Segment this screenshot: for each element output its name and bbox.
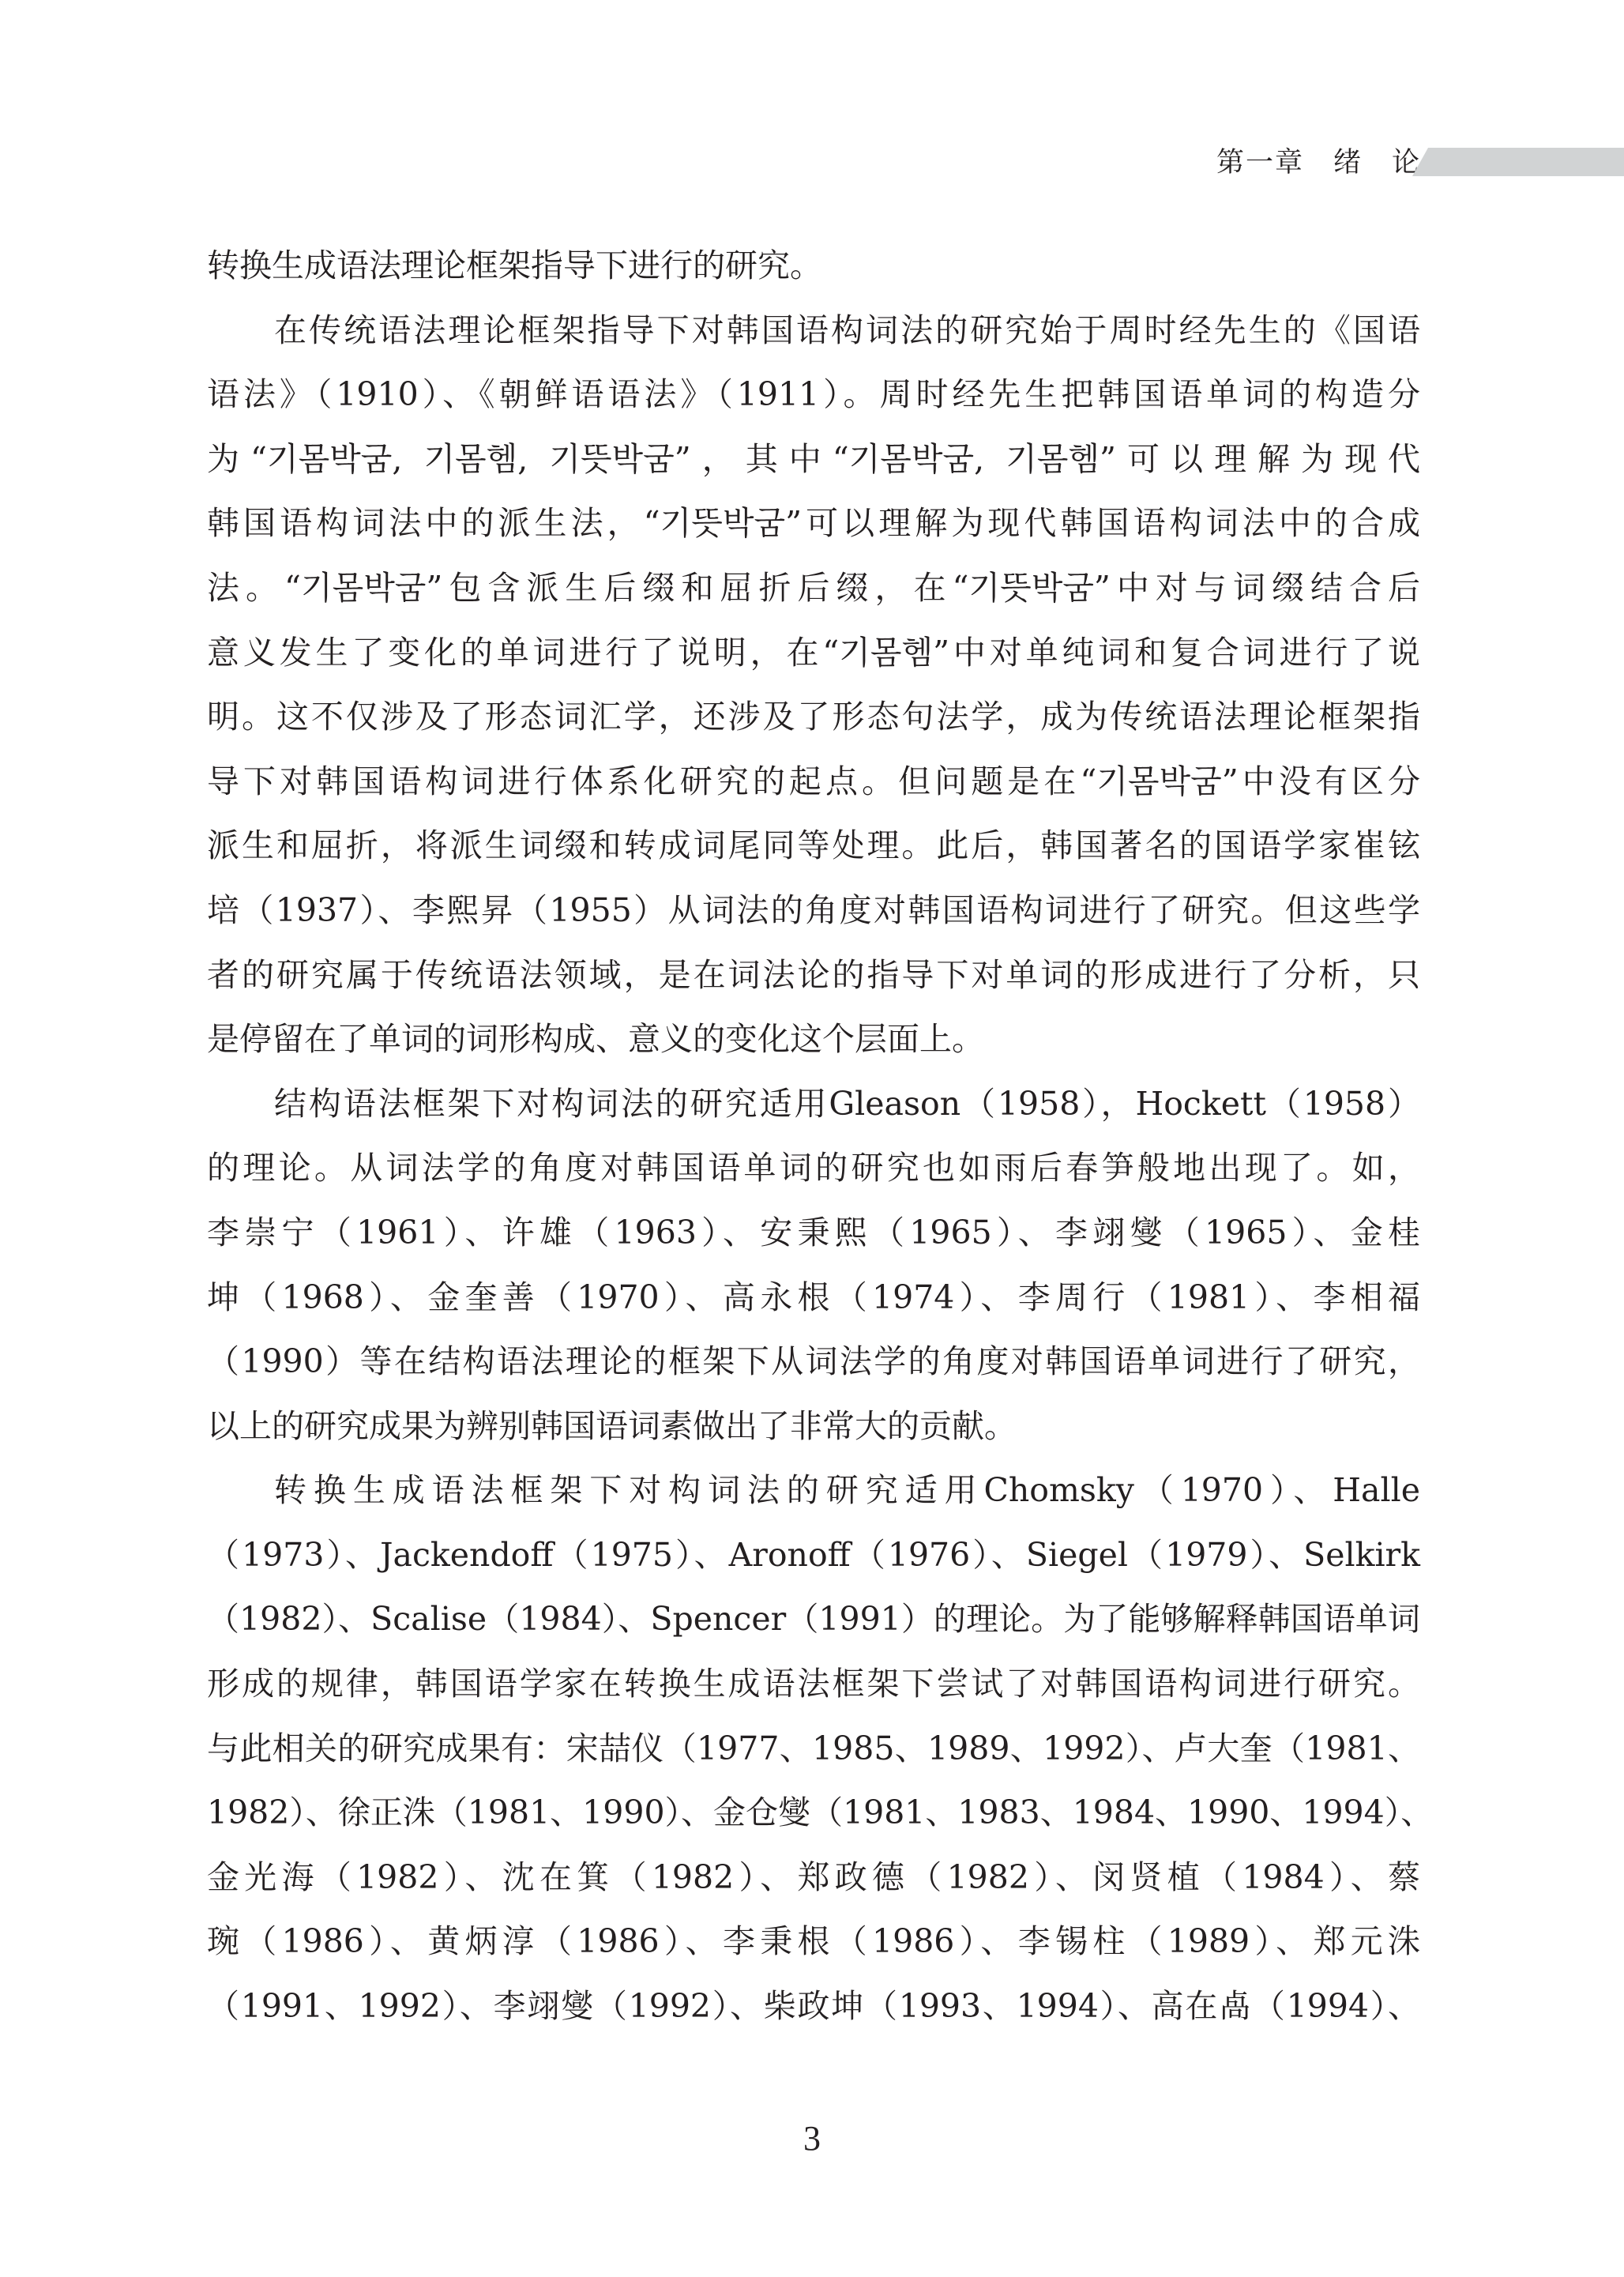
text-line: （1991、1992）、李翊燮（1992）、柴政坤（1993、1994）、高在卨… xyxy=(207,1974,1420,2039)
paragraph: 在传统语法理论框架指导下对韩国语构词法的研究始于周时经先生的《国语 语法》（19… xyxy=(207,299,1420,1072)
text-line: 的理论。从词法学的角度对韩国语单词的研究也如雨后春笋般地出现了。如， xyxy=(207,1136,1420,1201)
text-line: 导下对韩国语构词进行体系化研究的起点。但问题是在“기몸박굼”中没有区分 xyxy=(207,750,1420,815)
text-line: 坤（1968）、金奎善（1970）、高永根（1974）、李周行（1981）、李相… xyxy=(207,1266,1420,1330)
text-line: 形成的规律，韩国语学家在转换生成语法框架下尝试了对韩国语构词进行研究。 xyxy=(207,1652,1420,1717)
text-line: 转换生成语法理论框架指导下进行的研究。 xyxy=(207,234,1420,299)
text-line: （1982）、Scalise（1984）、Spencer（1991）的理论。为了… xyxy=(207,1587,1420,1652)
text-line: 语法》（1910）、《朝鲜语语法》（1911）。周时经先生把韩国语单词的构造分 xyxy=(207,363,1420,427)
text-line: 派生和屈折，将派生词缀和转成词尾同等处理。此后，韩国著名的国语学家崔铉 xyxy=(207,814,1420,879)
text-line: 培（1937）、李熙昇（1955）从词法的角度对韩国语构词进行了研究。但这些学 xyxy=(207,879,1420,943)
text-line: 琬（1986）、黄炳淳（1986）、李秉根（1986）、李锡柱（1989）、郑元… xyxy=(207,1910,1420,1974)
text-line: 结构语法框架下对构词法的研究适用Gleason（1958），Hockett（19… xyxy=(207,1072,1420,1137)
text-line: 法。“기몸박굼”包含派生后缀和屈折后缀，在“기뜻박굼”中对与词缀结合后 xyxy=(207,556,1420,621)
paragraph: 转换生成语法理论框架指导下进行的研究。 xyxy=(207,234,1420,299)
text-line: 李崇宁（1961）、许雄（1963）、安秉熙（1965）、李翊燮（1965）、金… xyxy=(207,1201,1420,1266)
body-text: 转换生成语法理论框架指导下进行的研究。 在传统语法理论框架指导下对韩国语构词法的… xyxy=(207,234,1420,2039)
header-decorative-bar xyxy=(1412,148,1624,176)
paragraph: 结构语法框架下对构词法的研究适用Gleason（1958），Hockett（19… xyxy=(207,1072,1420,1459)
text-line: 与此相关的研究成果有：宋喆仪（1977、1985、1989、1992）、卢大奎（… xyxy=(207,1717,1420,1782)
paragraph: 转换生成语法框架下对构词法的研究适用Chomsky（1970）、Halle （1… xyxy=(207,1458,1420,2038)
text-line: （1973）、Jackendoff（1975）、Aronoff（1976）、Si… xyxy=(207,1523,1420,1588)
text-line: 意义发生了变化的单词进行了说明，在“기몸헴”中对单纯词和复合词进行了说 xyxy=(207,621,1420,686)
text-line: 金光海（1982）、沈在箕（1982）、郑政德（1982）、闵贤植（1984）、… xyxy=(207,1846,1420,1910)
chapter-title: 第一章 绪 论 xyxy=(1216,141,1421,180)
text-line: 转换生成语法框架下对构词法的研究适用Chomsky（1970）、Halle xyxy=(207,1458,1420,1523)
text-line: 明。这不仅涉及了形态词汇学，还涉及了形态句法学，成为传统语法理论框架指 xyxy=(207,685,1420,750)
text-line: 韩国语构词法中的派生法，“기뜻박굼”可以理解为现代韩国语构词法中的合成 xyxy=(207,491,1420,556)
text-line: 在传统语法理论框架指导下对韩国语构词法的研究始于周时经先生的《国语 xyxy=(207,299,1420,363)
running-header: 第一章 绪 论 xyxy=(1216,141,1421,180)
text-line: 是停留在了单词的词形构成、意义的变化这个层面上。 xyxy=(207,1007,1420,1072)
text-line: （1990）等在结构语法理论的框架下从词法学的角度对韩国语单词进行了研究， xyxy=(207,1330,1420,1394)
page-number: 3 xyxy=(0,2118,1624,2158)
text-line: 以上的研究成果为辨别韩国语词素做出了非常大的贡献。 xyxy=(207,1394,1420,1459)
text-line: 为“기몸박굼, 기몸헴, 기뜻박굼”，其中“기몸박굼, 기몸헴”可以理解为现代 xyxy=(207,427,1420,492)
text-line: 者的研究属于传统语法领域，是在词法论的指导下对单词的形成进行了分析，只 xyxy=(207,943,1420,1008)
text-line: 1982）、徐正洙（1981、1990）、金仓燮（1981、1983、1984、… xyxy=(207,1781,1420,1846)
